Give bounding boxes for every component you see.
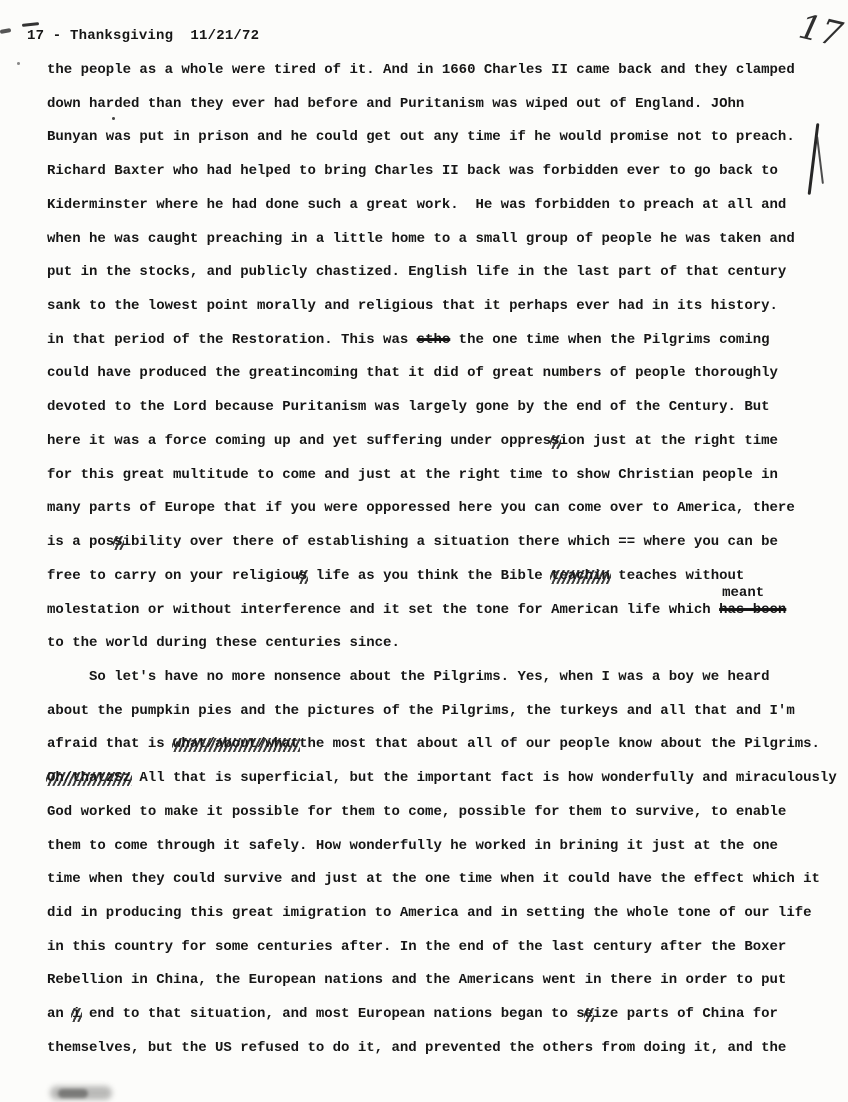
- text-segment: to the world during these centuries sinc…: [47, 635, 400, 651]
- pen-overline-mark: [22, 22, 39, 27]
- struck-out-text: has been: [719, 602, 786, 618]
- text-segment: sank to the lowest point morally and rel…: [47, 298, 778, 314]
- text-segment: free to carry on your religiou: [47, 568, 299, 584]
- text-segment: teaches without: [610, 568, 744, 584]
- text-line: did in producing this great imigration t…: [47, 897, 837, 931]
- text-line: God worked to make it possible for them …: [47, 796, 837, 830]
- typewritten-lines: the people as a whole were tired of it. …: [47, 54, 837, 1066]
- text-segment: afraid that is: [47, 736, 173, 752]
- text-segment: did in producing this great imigration t…: [47, 905, 812, 921]
- text-line: about the pumpkin pies and the pictures …: [47, 695, 837, 729]
- text-segment: about the pumpkin pies and the pictures …: [47, 703, 795, 719]
- text-line: the people as a whole were tired of it. …: [47, 54, 837, 88]
- text-line: free to carry on your religious life as …: [47, 560, 837, 594]
- text-line: could have produced the greatincoming th…: [47, 357, 837, 391]
- text-line: to the world during these centuries sinc…: [47, 627, 837, 661]
- text-segment: them to come through it safely. How wond…: [47, 838, 778, 854]
- text-line: for this great multitude to come and jus…: [47, 459, 837, 493]
- text-line: put in the stocks, and publicly chastize…: [47, 256, 837, 290]
- text-line: molestation or without interference and …: [47, 594, 837, 628]
- struck-out-text: e: [585, 998, 593, 1032]
- text-segment: ibility over there of establishing a sit…: [123, 534, 778, 550]
- text-line: here it was a force coming up and yet su…: [47, 425, 837, 459]
- text-line: So let's have no more nonsence about the…: [47, 661, 837, 695]
- struck-out-text: s: [299, 560, 307, 594]
- pen-dash-mark: [0, 28, 11, 34]
- text-line: Rebellion in China, the European nations…: [47, 964, 837, 998]
- text-segment: God worked to make it possible for them …: [47, 804, 786, 820]
- text-segment: could have produced the greatincoming th…: [47, 365, 778, 381]
- struck-out-text: teachin: [551, 560, 610, 594]
- text-segment: Bunyan was put in prison and he could ge…: [47, 129, 795, 145]
- text-line: time when they could survive and just at…: [47, 863, 837, 897]
- ink-speck: [17, 62, 20, 65]
- text-segment: Rebellion in China, the European nations…: [47, 972, 786, 988]
- text-segment: themselves, but the US refused to do it,…: [47, 1040, 786, 1056]
- text-line: Oh/thatzSz All that is superficial, but …: [47, 762, 837, 796]
- text-line: is a possibility over there of establish…: [47, 526, 837, 560]
- text-segment: is a pos: [47, 534, 114, 550]
- page-header: 17 - Thanksgiving 11/21/72: [27, 28, 259, 44]
- scan-smudge: [58, 1089, 88, 1098]
- text-segment: in that period of the Restoration. This …: [47, 332, 417, 348]
- text-segment: Kiderminster where he had done such a gr…: [47, 197, 786, 213]
- struck-out-text: s: [551, 425, 559, 459]
- text-line: down harded than they ever had before an…: [47, 88, 837, 122]
- text-segment: the people as a whole were tired of it. …: [47, 62, 795, 78]
- text-segment: in this country for some centuries after…: [47, 939, 786, 955]
- text-line: afraid that is what/about/whatthe most t…: [47, 728, 837, 762]
- text-segment: put in the stocks, and publicly chastize…: [47, 264, 786, 280]
- text-line: in this country for some centuries after…: [47, 931, 837, 965]
- struck-out-text: s: [114, 526, 122, 560]
- text-line: devoted to the Lord because Puritanism w…: [47, 391, 837, 425]
- text-segment: molestation or without interference and …: [47, 602, 719, 618]
- text-segment: Richard Baxter who had helped to bring C…: [47, 163, 778, 179]
- struck-out-text: i: [72, 998, 80, 1032]
- text-segment: end to that situation, and most European…: [81, 1006, 585, 1022]
- struck-out-text: what/about/what: [173, 728, 299, 762]
- text-segment: an: [47, 1006, 72, 1022]
- text-line: them to come through it safely. How wond…: [47, 830, 837, 864]
- text-segment: So let's have no more nonsence about the…: [47, 669, 770, 685]
- text-line: Bunyan was put in prison and he could ge…: [47, 121, 837, 155]
- text-line: when he was caught preaching in a little…: [47, 223, 837, 257]
- text-line: in that period of the Restoration. This …: [47, 324, 837, 358]
- text-segment: when he was caught preaching in a little…: [47, 231, 795, 247]
- struck-out-text: Oh/thatzSz: [47, 762, 131, 796]
- text-segment: All that is superficial, but the importa…: [131, 770, 837, 786]
- struck-out-text: sthe: [417, 332, 451, 348]
- text-segment: life as you think the Bible: [307, 568, 551, 584]
- text-segment: the one time when the Pilgrims coming: [450, 332, 769, 348]
- text-segment: for this great multitude to come and jus…: [47, 467, 778, 483]
- text-segment: time when they could survive and just at…: [47, 871, 820, 887]
- text-segment: down harded than they ever had before an…: [47, 96, 744, 112]
- text-line: many parts of Europe that if you were op…: [47, 492, 837, 526]
- ink-speck: [112, 117, 115, 120]
- text-segment: ize parts of China for: [593, 1006, 778, 1022]
- text-segment: here it was a force coming up and yet su…: [47, 433, 551, 449]
- text-segment: many parts of Europe that if you were op…: [47, 500, 795, 516]
- text-segment: the most that about all of our people kn…: [299, 736, 820, 752]
- handwritten-page-number: 17: [795, 7, 846, 56]
- text-line: an i end to that situation, and most Eur…: [47, 998, 837, 1032]
- text-line: Richard Baxter who had helped to bring C…: [47, 155, 837, 189]
- scanned-document-page: 17 - Thanksgiving 11/21/72 17 the people…: [0, 0, 848, 1102]
- text-segment: devoted to the Lord because Puritanism w…: [47, 399, 770, 415]
- text-line: themselves, but the US refused to do it,…: [47, 1032, 837, 1066]
- text-line: Kiderminster where he had done such a gr…: [47, 189, 837, 223]
- text-segment: ion just at the right time: [560, 433, 778, 449]
- text-line: sank to the lowest point morally and rel…: [47, 290, 837, 324]
